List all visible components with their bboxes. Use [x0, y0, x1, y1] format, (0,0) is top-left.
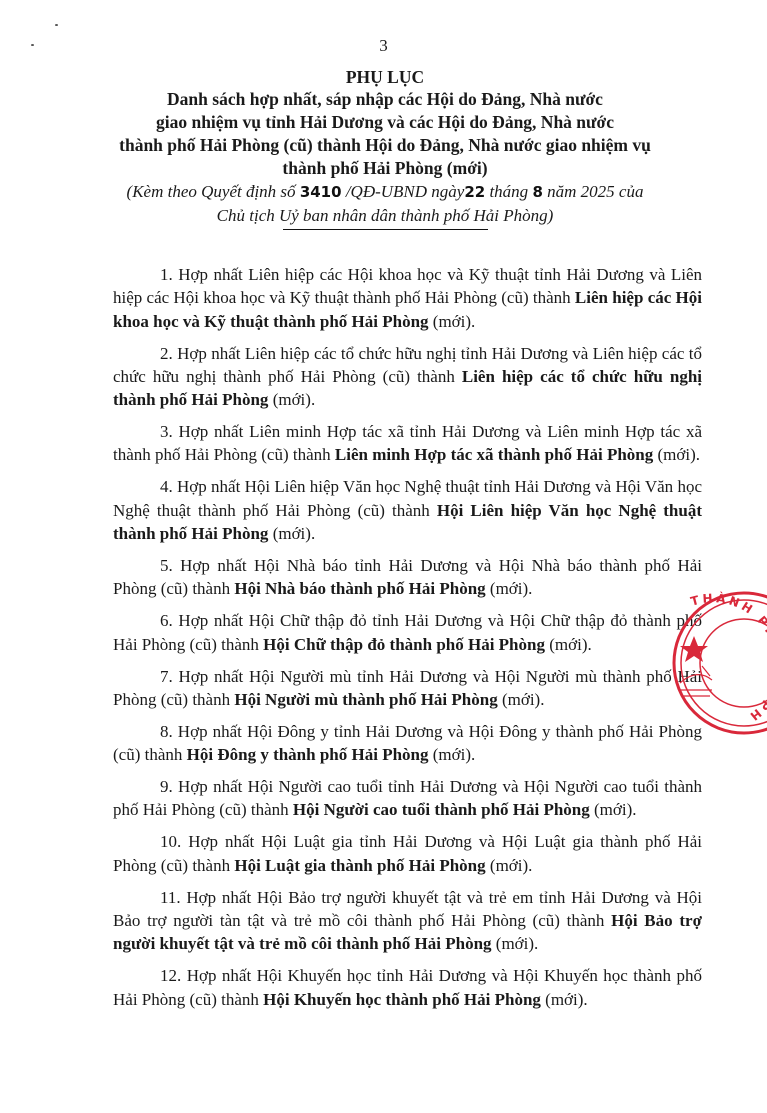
attachment-issuer: Chủ tịch Uỷ ban nhân dân thành phố Hải P… [120, 204, 650, 227]
item-tail: (mới). [268, 390, 315, 409]
attachment-mid: tháng [485, 182, 532, 201]
merger-item: 5. Hợp nhất Hội Nhà báo tỉnh Hải Dương v… [113, 554, 702, 601]
item-number: 7. [160, 667, 173, 686]
item-number: 9. [160, 777, 173, 796]
merger-item: 10. Hợp nhất Hội Luật gia tỉnh Hải Dương… [113, 830, 702, 877]
merger-item: 2. Hợp nhất Liên hiệp các tổ chức hữu ng… [113, 342, 702, 412]
item-tail: (mới). [429, 745, 476, 764]
decision-number: 3410 [300, 183, 342, 201]
merger-item: 1. Hợp nhất Liên hiệp các Hội khoa học v… [113, 263, 702, 333]
item-number: 6. [160, 611, 173, 630]
heading-line: Danh sách hợp nhất, sáp nhập các Hội do … [120, 88, 650, 111]
heading-line: thành phố Hải Phòng (mới) [120, 157, 650, 180]
item-tail: (mới). [429, 312, 476, 331]
item-number: 11. [160, 888, 181, 907]
scan-speck [55, 24, 58, 26]
header-divider [283, 229, 488, 230]
item-number: 4. [160, 477, 173, 496]
merger-item: 7. Hợp nhất Hội Người mù tỉnh Hải Dương … [113, 665, 702, 712]
page-number: 3 [0, 36, 767, 56]
attachment-mid: /QĐ-UBND ngày [342, 182, 465, 201]
item-number: 1. [160, 265, 173, 284]
item-new-name: Liên minh Hợp tác xã thành phố Hải Phòng [335, 445, 653, 464]
star-icon [680, 636, 708, 662]
item-new-name: Hội Người mù thành phố Hải Phòng [234, 690, 497, 709]
red-seal-stamp: THÀNH PHỐ HẢI PHÒNG [672, 588, 767, 738]
item-tail: (mới). [498, 690, 545, 709]
item-number: 10. [160, 832, 181, 851]
attachment-prefix: (Kèm theo Quyết định số [127, 182, 300, 201]
item-new-name: Hội Đông y thành phố Hải Phòng [187, 745, 429, 764]
attachment-note: (Kèm theo Quyết định số 3410 /QĐ-UBND ng… [100, 180, 670, 204]
item-tail: (mới). [590, 800, 637, 819]
merger-item: 11. Hợp nhất Hội Bảo trợ người khuyết tậ… [113, 886, 702, 956]
item-tail: (mới). [486, 579, 533, 598]
merger-list: 1. Hợp nhất Liên hiệp các Hội khoa học v… [113, 263, 702, 1020]
decision-day: 22 [464, 183, 485, 201]
merger-item: 3. Hợp nhất Liên minh Hợp tác xã tỉnh Hả… [113, 420, 702, 467]
item-number: 3. [160, 422, 173, 441]
appendix-title: PHỤ LỤC [120, 66, 650, 88]
item-new-name: Hội Chữ thập đỏ thành phố Hải Phòng [263, 635, 545, 654]
item-tail: (mới). [541, 990, 588, 1009]
item-new-name: Hội Khuyến học thành phố Hải Phòng [263, 990, 541, 1009]
item-number: 5. [160, 556, 173, 575]
heading-line: thành phố Hải Phòng (cũ) thành Hội do Đả… [100, 134, 670, 157]
merger-item: 4. Hợp nhất Hội Liên hiệp Văn học Nghệ t… [113, 475, 702, 545]
item-tail: (mới). [545, 635, 592, 654]
item-number: 12. [160, 966, 181, 985]
merger-item: 12. Hợp nhất Hội Khuyến học tỉnh Hải Dươ… [113, 964, 702, 1011]
attachment-suffix: năm 2025 của [543, 182, 644, 201]
item-new-name: Hội Người cao tuổi thành phố Hải Phòng [293, 800, 590, 819]
merger-item: 9. Hợp nhất Hội Người cao tuổi tỉnh Hải … [113, 775, 702, 822]
item-tail: (mới). [492, 934, 539, 953]
merger-item: 8. Hợp nhất Hội Đông y tỉnh Hải Dương và… [113, 720, 702, 767]
merger-item: 6. Hợp nhất Hội Chữ thập đỏ tỉnh Hải Dươ… [113, 609, 702, 656]
heading-line: giao nhiệm vụ tỉnh Hải Dương và các Hội … [120, 111, 650, 134]
item-new-name: Hội Luật gia thành phố Hải Phòng [234, 856, 485, 875]
document-header: PHỤ LỤC Danh sách hợp nhất, sáp nhập các… [120, 66, 650, 230]
item-number: 2. [160, 344, 173, 363]
decision-month: 8 [532, 183, 542, 201]
item-number: 8. [160, 722, 173, 741]
item-tail: (mới). [268, 524, 315, 543]
item-tail: (mới). [653, 445, 700, 464]
item-new-name: Hội Nhà báo thành phố Hải Phòng [234, 579, 485, 598]
item-tail: (mới). [486, 856, 533, 875]
